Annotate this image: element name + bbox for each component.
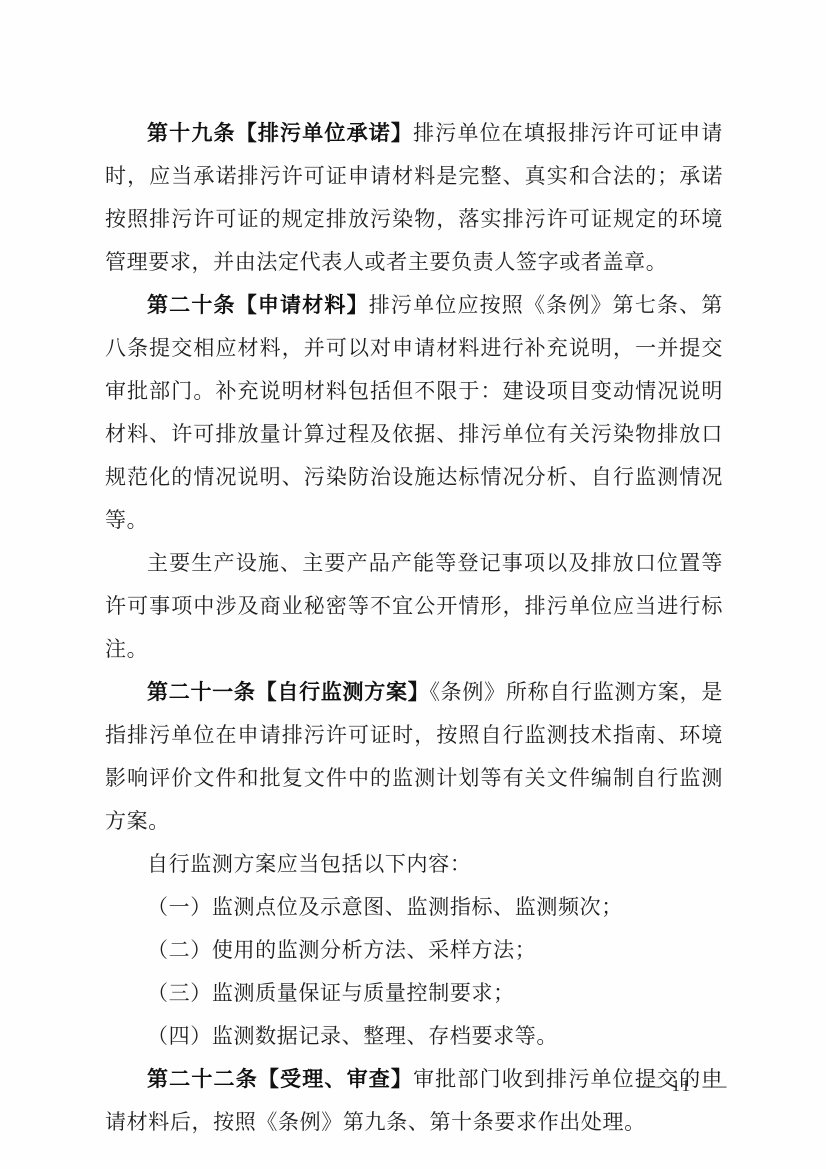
paragraph-confidentiality: 主要生产设施、主要产品产能等登记事项以及排放口位置等许可事项中涉及商业秘密等不宜…: [105, 542, 723, 671]
article-20-heading: 第二十条【申请材料】: [147, 294, 369, 317]
paragraph-monitoring-intro: 自行监测方案应当包括以下内容：: [105, 843, 723, 886]
list-item-3-text: （三）监测质量保证与质量控制要求；: [147, 981, 515, 1005]
list-item-4-text: （四）监测数据记录、整理、存档要求等。: [147, 1024, 558, 1048]
paragraph-article-20: 第二十条【申请材料】排污单位应按照《条例》第七条、第八条提交相应材料，并可以对申…: [105, 284, 723, 542]
list-item-1: （一）监测点位及示意图、监测指标、监测频次；: [105, 886, 723, 929]
article-21-heading: 第二十一条【自行监测方案】: [147, 681, 429, 704]
monitoring-intro-text: 自行监测方案应当包括以下内容：: [147, 852, 471, 876]
list-item-1-text: （一）监测点位及示意图、监测指标、监测频次；: [147, 895, 623, 919]
page-number-value: 11: [672, 1076, 692, 1096]
list-item-4: （四）监测数据记录、整理、存档要求等。: [105, 1015, 723, 1058]
paragraph-article-21: 第二十一条【自行监测方案】《条例》所称自行监测方案，是指排污单位在申请排污许可证…: [105, 671, 723, 843]
article-22-heading: 第二十二条【受理、审查】: [147, 1068, 413, 1091]
list-item-2: （二）使用的监测分析方法、采样方法；: [105, 929, 723, 972]
page-number: — 11 —: [641, 1076, 723, 1096]
page-number-right-dash: —: [703, 1076, 727, 1096]
list-item-2-text: （二）使用的监测分析方法、采样方法；: [147, 938, 536, 962]
paragraph-article-22: 第二十二条【受理、审查】审批部门收到排污单位提交的申请材料后，按照《条例》第九条…: [105, 1058, 723, 1144]
article-19-heading: 第十九条【排污单位承诺】: [147, 122, 413, 145]
document-page: 第十九条【排污单位承诺】排污单位在填报排污许可证申请时，应当承诺排污许可证申请材…: [0, 0, 826, 1169]
page-number-left-dash: —: [637, 1076, 661, 1096]
confidentiality-text: 主要生产设施、主要产品产能等登记事项以及排放口位置等许可事项中涉及商业秘密等不宜…: [105, 551, 723, 661]
article-20-text: 排污单位应按照《条例》第七条、第八条提交相应材料，并可以对申请材料进行补充说明，…: [105, 293, 723, 532]
document-body: 第十九条【排污单位承诺】排污单位在填报排污许可证申请时，应当承诺排污许可证申请材…: [105, 112, 723, 1144]
paragraph-article-19: 第十九条【排污单位承诺】排污单位在填报排污许可证申请时，应当承诺排污许可证申请材…: [105, 112, 723, 284]
list-item-3: （三）监测质量保证与质量控制要求；: [105, 972, 723, 1015]
